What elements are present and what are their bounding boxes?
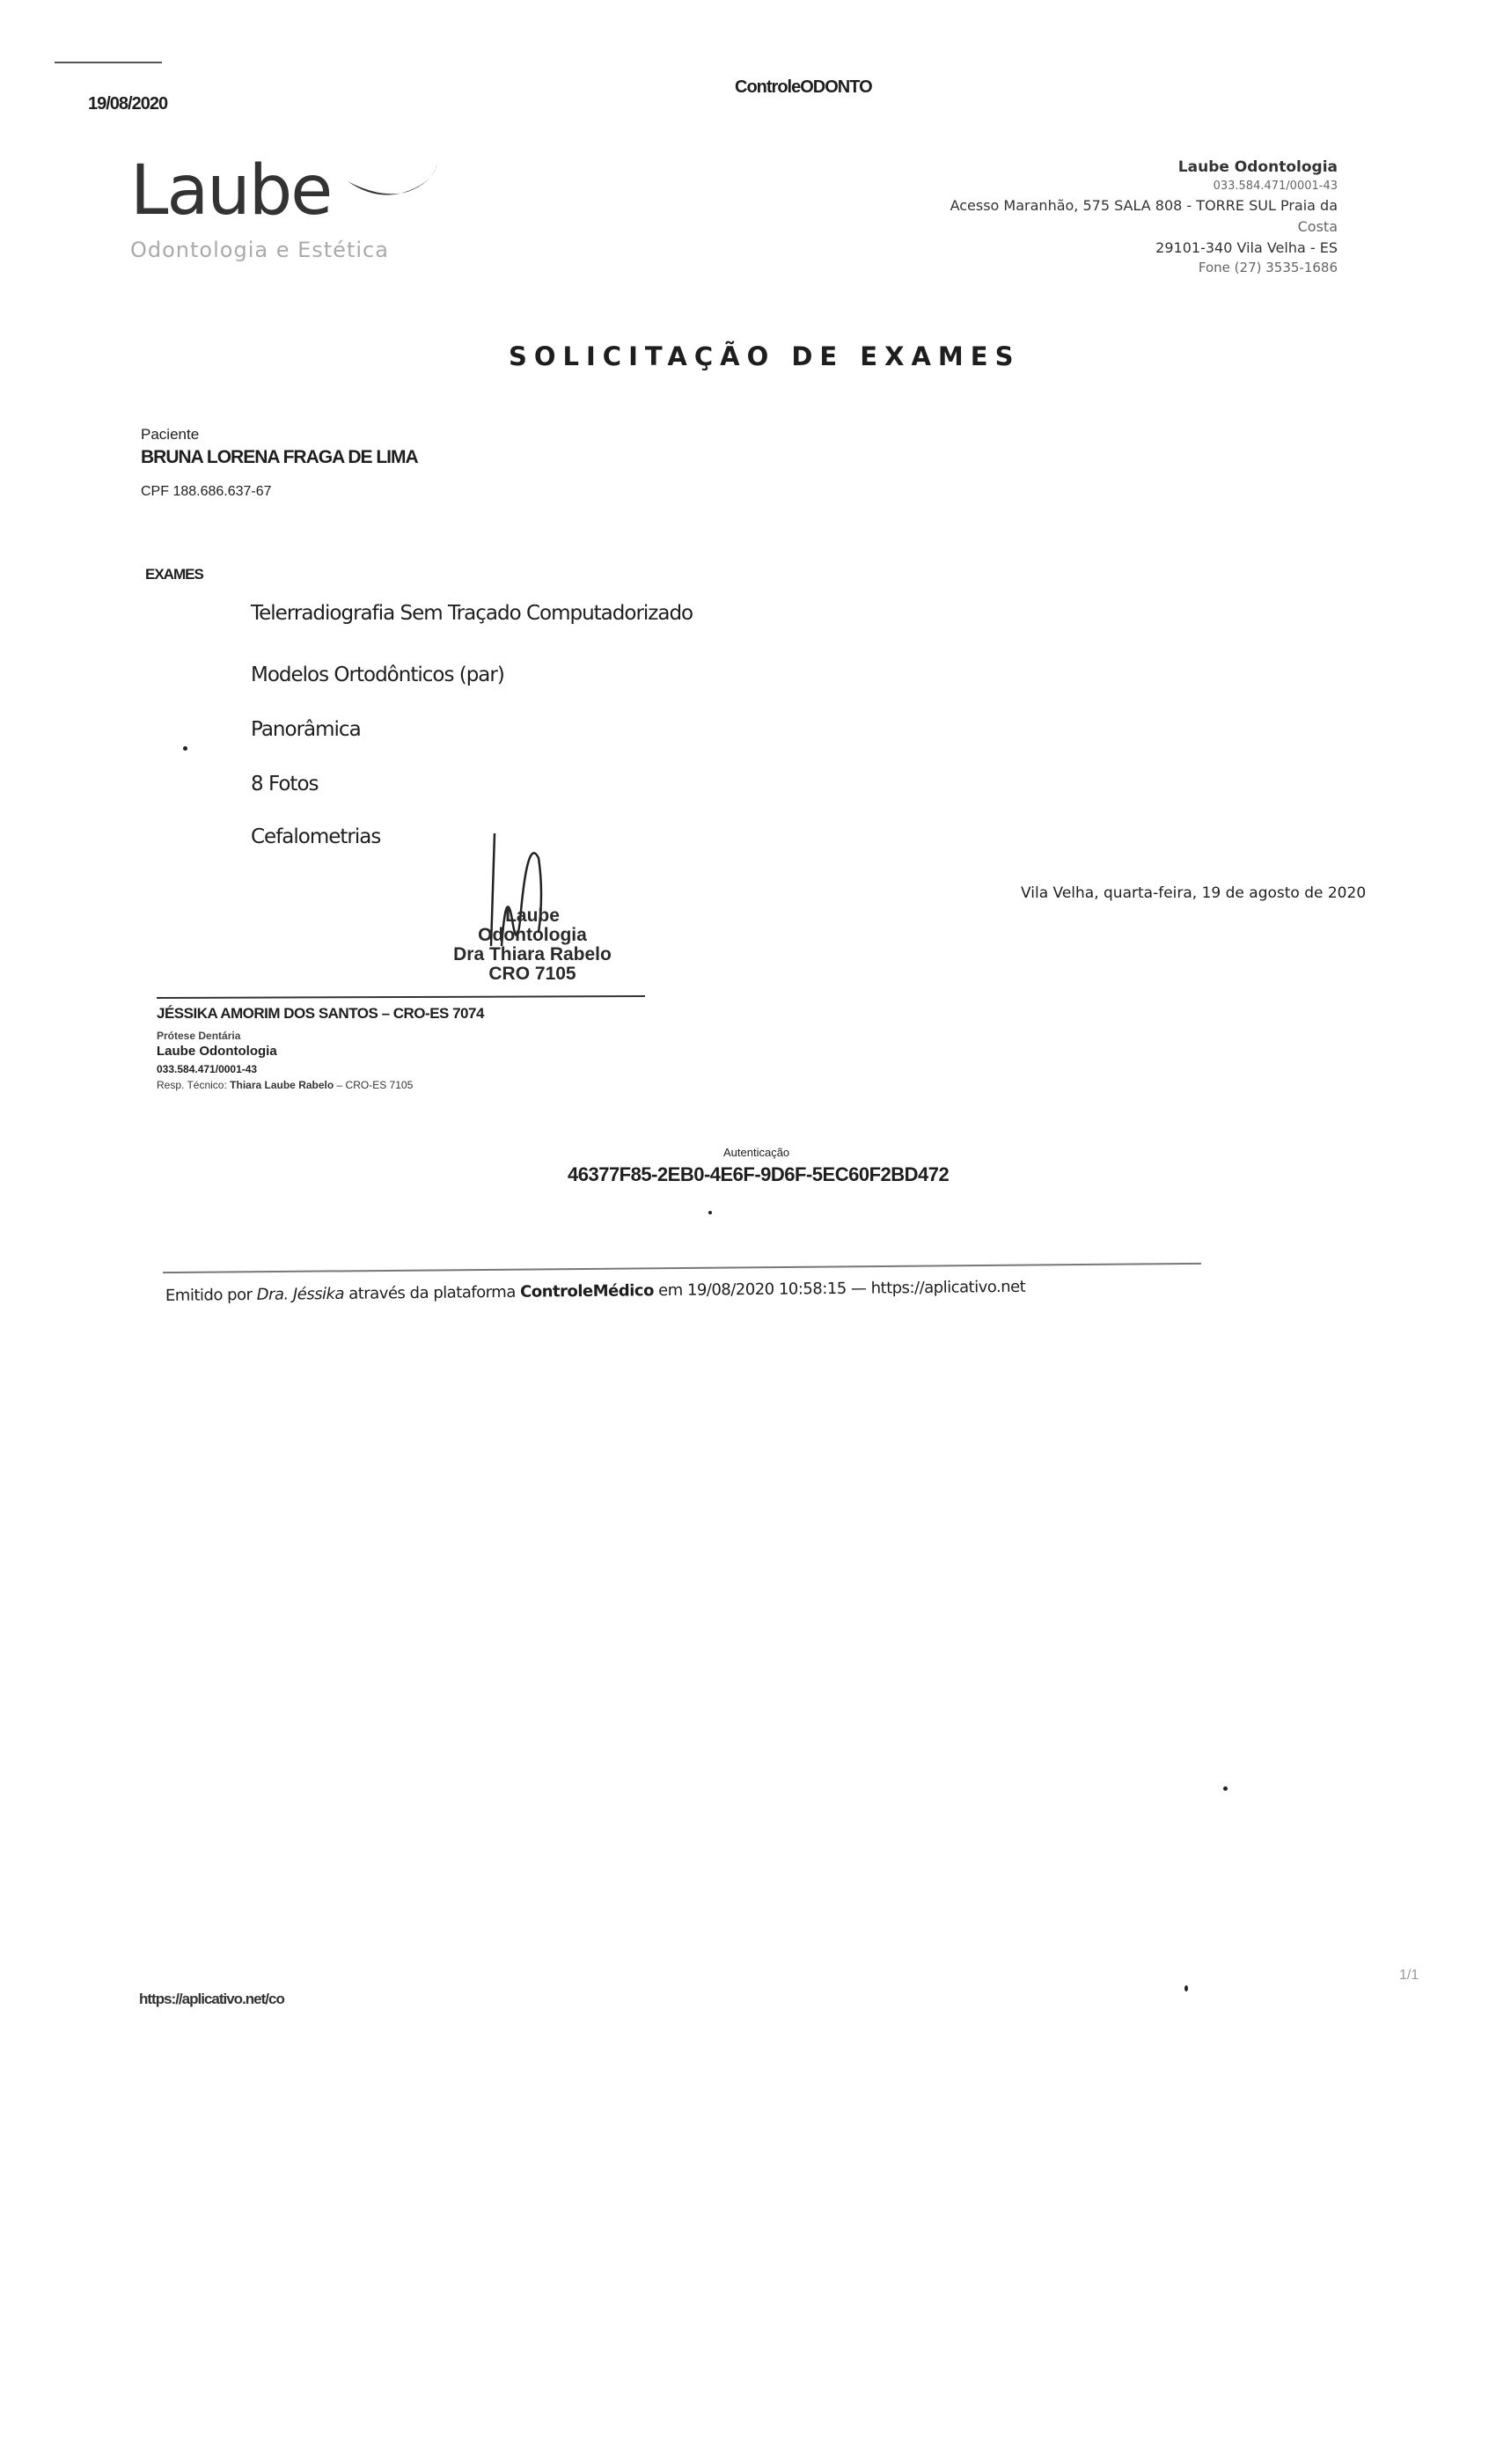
responsible-role: Prótese Dentária: [157, 1030, 240, 1042]
exam-item: Panorâmica: [251, 718, 361, 741]
technical-responsible: Resp. Técnico: Thiara Laube Rabelo – CRO…: [157, 1079, 413, 1091]
place-date: Vila Velha, quarta-feira, 19 de agosto d…: [1021, 884, 1366, 902]
stamp-text: Laube Odontologia Dra Thiara Rabelo CRO …: [449, 906, 616, 984]
scan-speck: [1184, 1985, 1188, 1991]
exam-item: 8 Fotos: [251, 773, 319, 796]
responsible-name: JÉSSIKA AMORIM DOS SANTOS – CRO-ES 7074: [157, 1005, 484, 1023]
scan-speck: [708, 1211, 712, 1214]
authentication-code: 46377F85-2EB0-4E6F-9D6F-5EC60F2BD472: [568, 1163, 949, 1186]
exam-item: Cefalometrias: [251, 825, 380, 848]
clinic-cnpj: 033.584.471/0001-43: [950, 180, 1338, 193]
patient-name: BRUNA LORENA FRAGA DE LIMA: [141, 447, 418, 468]
footer-rule: [163, 1263, 1201, 1273]
patient-label: Paciente: [141, 426, 199, 444]
print-date: 19/08/2020: [88, 94, 167, 114]
page-count: 1/1: [1399, 1968, 1419, 1984]
clinic-phone: Fone (27) 3535-1686: [950, 260, 1338, 275]
smile-icon: [346, 157, 443, 209]
clinic-address-line1: Acesso Maranhão, 575 SALA 808 - TORRE SU…: [950, 197, 1338, 214]
clinic-info: Laube Odontologia 033.584.471/0001-43 Ac…: [950, 158, 1338, 275]
exam-item: Modelos Ortodônticos (par): [251, 664, 504, 686]
print-footer-url: https://aplicativo.net/co: [139, 1991, 284, 2008]
scan-speck: [183, 746, 187, 751]
top-rule: [55, 62, 162, 63]
exam-item: Telerradiografia Sem Traçado Computadori…: [251, 602, 693, 625]
responsible-cnpj: 033.584.471/0001-43: [157, 1063, 257, 1075]
patient-cpf: CPF 188.686.637-67: [141, 484, 272, 500]
emission-footer: Emitido por Dra. Jéssika através da plat…: [165, 1278, 1025, 1305]
exams-label: EXAMES: [145, 566, 203, 583]
clinic-address-line2: Costa: [950, 218, 1338, 235]
document-title: SOLICITAÇÃO DE EXAMES: [509, 341, 1020, 371]
print-app-name: ControleODONTO: [735, 77, 872, 98]
logo-tagline: Odontologia e Estética: [130, 238, 389, 262]
authentication-label: Autenticação: [723, 1146, 789, 1159]
clinic-name: Laube Odontologia: [950, 158, 1338, 176]
signature-stamp: Laube Odontologia Dra Thiara Rabelo CRO …: [440, 832, 616, 977]
clinic-city: 29101-340 Vila Velha - ES: [950, 239, 1338, 256]
responsible-clinic: Laube Odontologia: [157, 1044, 277, 1059]
signature-line: [157, 995, 645, 999]
clinic-logo: Laube Odontologia e Estética: [130, 157, 389, 262]
scan-speck: [1223, 1786, 1228, 1791]
